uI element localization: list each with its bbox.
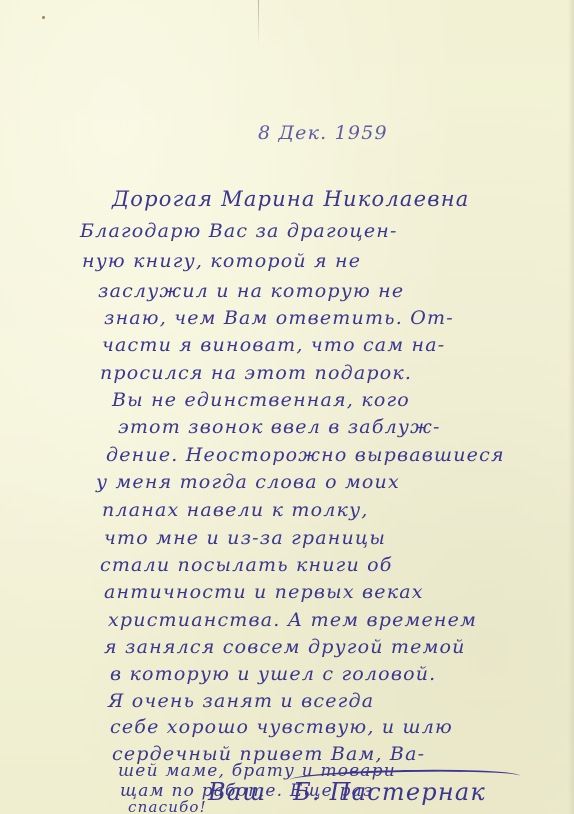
body-line: христианства. А тем временем xyxy=(108,611,477,630)
signature-name: Б. Пастернак xyxy=(293,778,486,806)
signature: Ваш Б. Пастернак xyxy=(208,778,486,806)
body-line: Благодарю Вас за драгоцен- xyxy=(80,222,398,241)
body-line: себе хорошо чувствую, и шлю xyxy=(110,718,453,737)
body-line: знаю, чем Вам ответить. От- xyxy=(104,309,454,328)
letter-page: 8 Дек. 1959 Дорогая Марина Николаевна Бл… xyxy=(0,0,574,814)
body-line: античности и первых веках xyxy=(104,583,424,602)
body-line: ную книгу, которой я не xyxy=(82,252,361,271)
letter-date: 8 Дек. 1959 xyxy=(258,122,388,144)
body-line: дение. Неосторожно вырвавшиеся xyxy=(106,446,505,465)
body-line: Вы не единственная, кого xyxy=(112,391,410,410)
salutation: Дорогая Марина Николаевна xyxy=(112,190,469,209)
body-line: что мне и из-за границы xyxy=(104,529,386,548)
body-line: Я очень занят и всегда xyxy=(108,692,374,711)
body-line: заслужил и на которую не xyxy=(98,282,404,301)
body-line: стали посылать книги об xyxy=(100,556,393,575)
closing: Ваш xyxy=(208,778,266,806)
body-line: спасибо! xyxy=(128,798,207,814)
body-line: я занялся совсем другой темой xyxy=(104,638,466,657)
paper-edge xyxy=(568,0,574,814)
fold-line xyxy=(258,0,259,45)
body-line: просился на этот подарок. xyxy=(100,364,412,383)
paper-speck xyxy=(42,16,45,19)
body-line: части я виноват, что сам на- xyxy=(102,336,445,355)
body-line: у меня тогда слова о моих xyxy=(96,473,400,492)
body-line: в которую и ушел с головой. xyxy=(110,665,436,684)
body-line: этот звонок ввел в заблуж- xyxy=(118,418,441,437)
body-line: планах навели к толку, xyxy=(102,501,369,520)
